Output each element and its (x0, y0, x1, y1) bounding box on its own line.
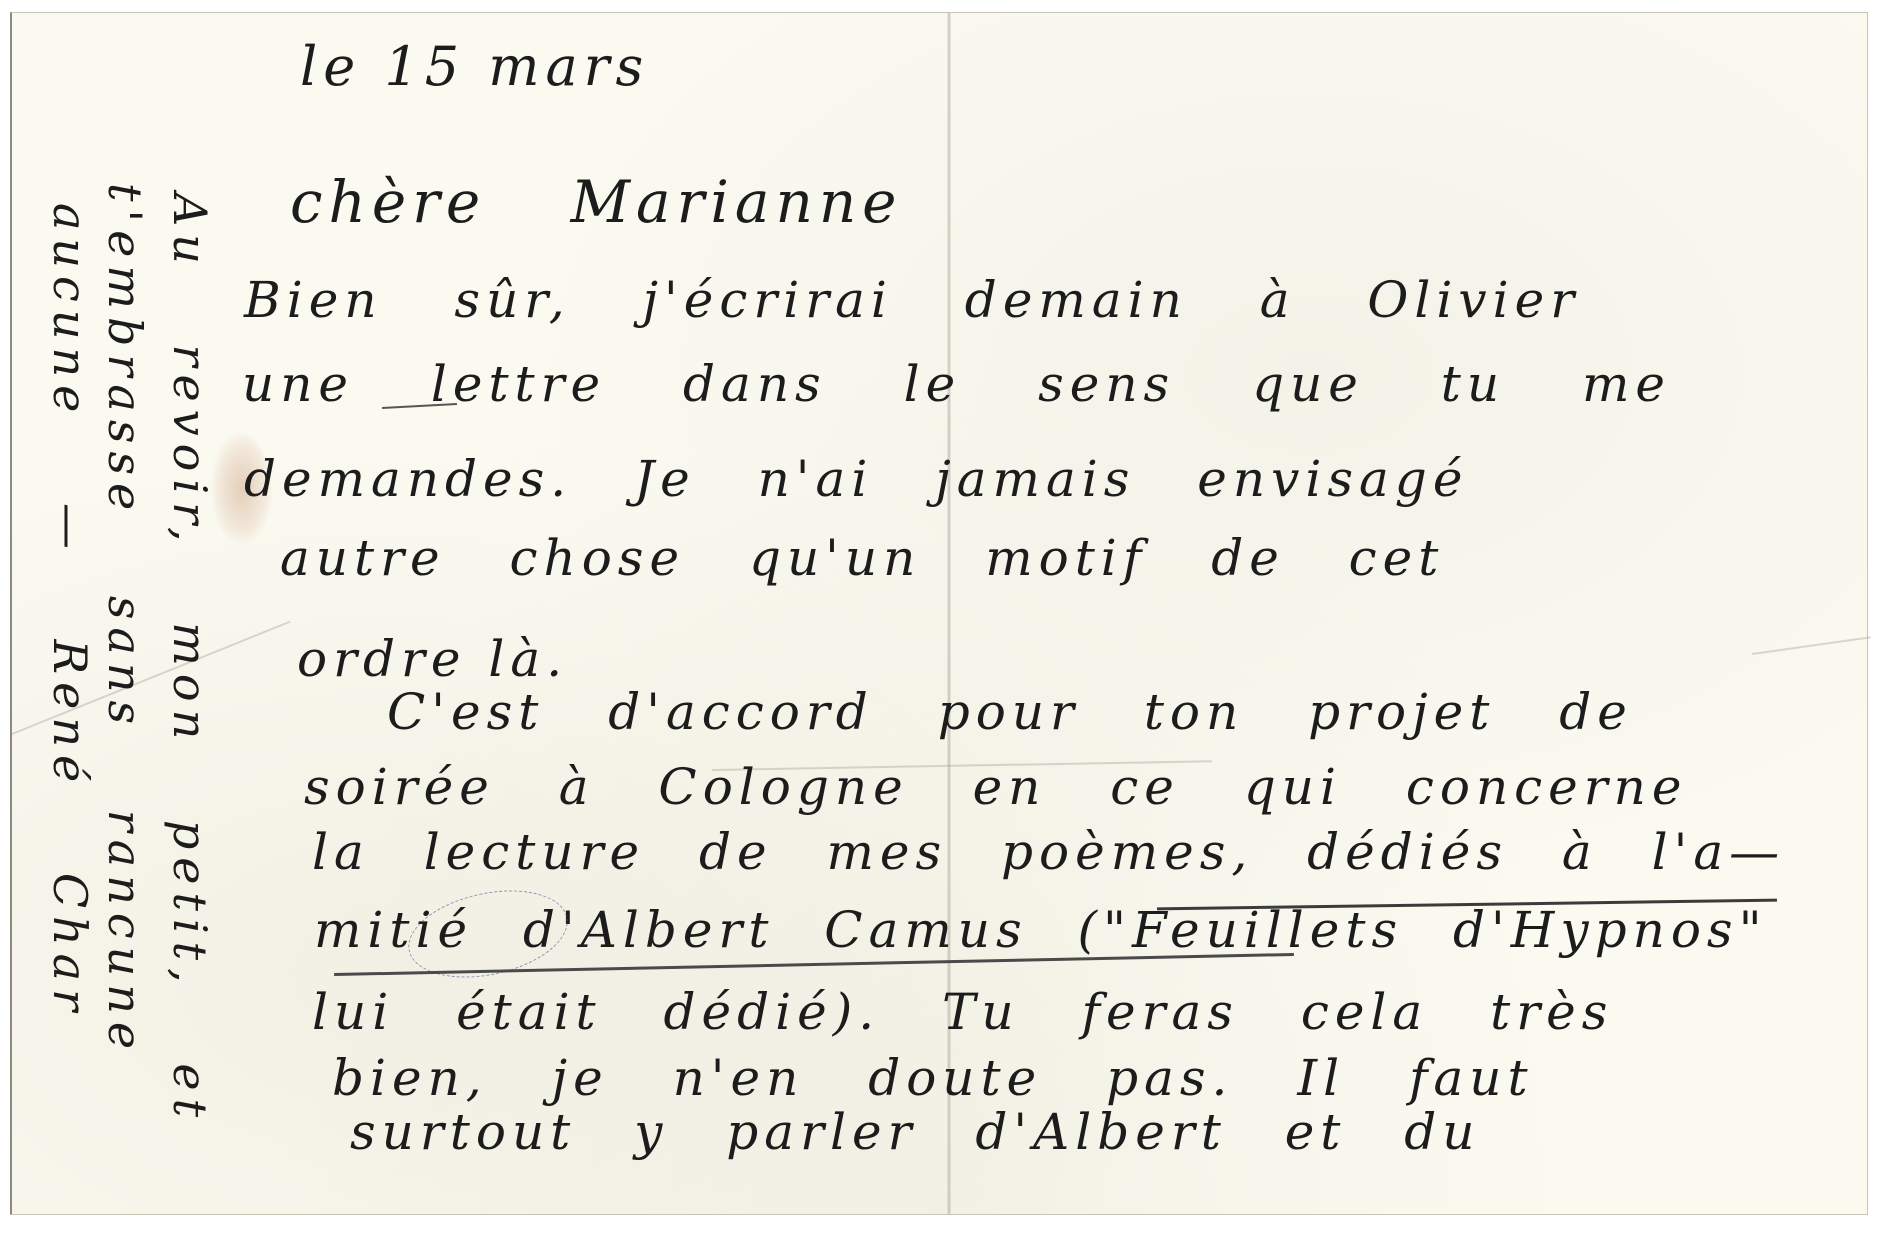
margin-note-signature: aucune — René Char (43, 203, 97, 1019)
body-line: autre chose qu'un motif de cet (280, 529, 1444, 587)
body-line: bien, je n'en doute pas. Il faut (332, 1049, 1534, 1107)
letter-date: le 15 mars (300, 35, 649, 98)
body-line: C'est d'accord pour ton projet de (387, 683, 1633, 741)
body-line: lui était dédié). Tu feras cela très (312, 983, 1613, 1041)
letter-page: le 15 mars chère Marianne Bien sûr, j'éc… (10, 12, 1868, 1215)
paper-crease (1752, 636, 1871, 655)
body-line: ordre là. (297, 630, 568, 688)
body-line: soirée à Cologne en ce qui concerne (304, 758, 1687, 816)
body-line: demandes. Je n'ai jamais envisagé (244, 450, 1468, 508)
margin-note-line: Au revoir, mon petit, et (163, 193, 217, 1125)
body-line: surtout y parler d'Albert et du (350, 1103, 1481, 1161)
letter-salutation: chère Marianne (290, 168, 903, 236)
margin-note-line: t'embrasse sans rancune (98, 183, 152, 1057)
body-line: la lecture de mes poèmes, dédiés à l'a— (312, 823, 1785, 881)
body-line: Bien sûr, j'écrirai demain à Olivier (244, 271, 1580, 329)
